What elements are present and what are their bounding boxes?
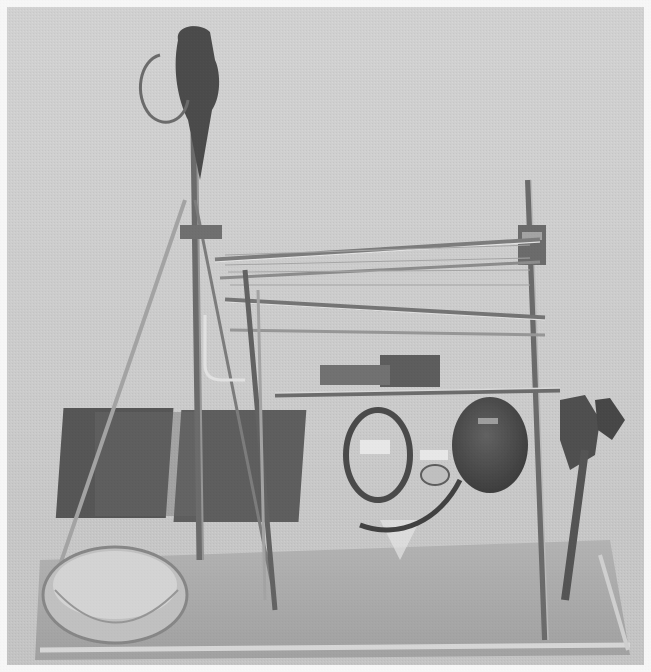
apparatus-photo (0, 0, 651, 672)
